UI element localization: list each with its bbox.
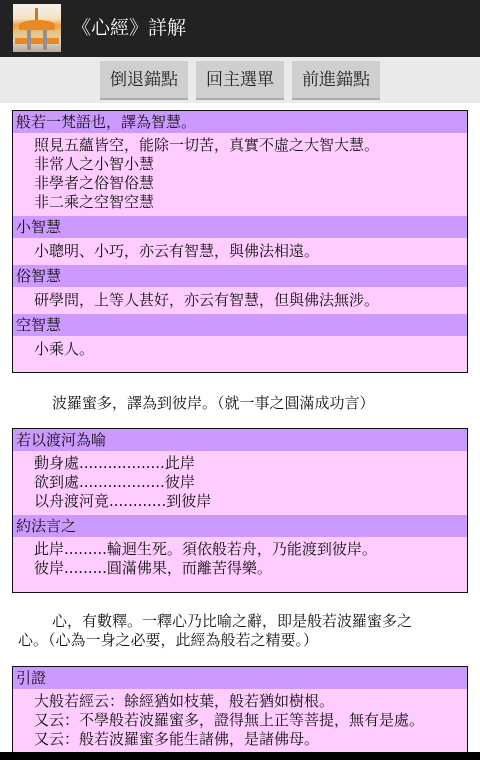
body-line: 又云：般若波羅蜜多能生諸佛，是諸佛母。	[34, 730, 467, 749]
box-body: 小乘人。	[13, 336, 467, 372]
body-line: 欲到處..................彼岸	[34, 473, 467, 492]
main-menu-button[interactable]: 回主選單	[196, 61, 284, 100]
body-line: 大般若經云：餘經猶如枝葉，般若猶如樹根。	[34, 692, 467, 711]
back-anchor-button[interactable]: 倒退錨點	[100, 61, 188, 100]
river-metaphor-box: 若以渡河為喻 動身處..................此岸 欲到處......…	[12, 428, 468, 593]
box-body: 研學問，上等人甚好，亦云有智慧，但與佛法無涉。	[13, 287, 467, 314]
box-header: 小智慧	[13, 216, 467, 238]
body-line: 照見五蘊皆空，能除一切苦，真實不虛之大智大慧。	[34, 136, 467, 155]
anchor-toolbar: 倒退錨點 回主選單 前進錨點	[0, 57, 480, 103]
box-body: 此岸.........輪迴生死。須依般若舟，乃能渡到彼岸。 彼岸........…	[13, 537, 467, 592]
box-body: 大般若經云：餘經猶如枝葉，般若猶如樹根。 又云：不學般若波羅蜜多，證得無上正等菩…	[13, 689, 467, 753]
body-line: 非學者之俗智俗慧	[34, 174, 467, 193]
forward-anchor-button[interactable]: 前進錨點	[292, 61, 380, 100]
box-body: 小聰明、小巧，亦云有智慧，與佛法相遠。	[13, 238, 467, 265]
box-body: 照見五蘊皆空，能除一切苦，真實不虛之大智大慧。 非常人之小智小慧 非學者之俗智俗…	[13, 133, 467, 216]
box-header: 約法言之	[13, 515, 467, 537]
temple-roof-icon[interactable]	[13, 4, 61, 52]
action-bar: 《心經》詳解	[0, 0, 480, 57]
app-title: 《心經》詳解	[72, 14, 186, 42]
system-nav-bar	[0, 752, 480, 760]
body-line: 非二乘之空智空慧	[34, 193, 467, 212]
body-line: 又云：不學般若波羅蜜多，證得無上正等菩提，無有是處。	[34, 711, 467, 730]
box-header: 空智慧	[13, 314, 467, 336]
scroll-content[interactable]: 般若一梵語也，譯為智慧。 照見五蘊皆空，能除一切苦，真實不虛之大智大慧。 非常人…	[0, 103, 480, 760]
box-header: 般若一梵語也，譯為智慧。	[13, 111, 467, 133]
body-line: 非常人之小智小慧	[34, 155, 467, 174]
paragraph: 心。（心為一身之必要，此經為般若之精要。）	[18, 630, 318, 650]
body-line: 彼岸.........圓滿佛果，而離苦得樂。	[34, 559, 467, 578]
citation-box: 引證 大般若經云：餘經猶如枝葉，般若猶如樹根。 又云：不學般若波羅蜜多，證得無上…	[12, 666, 468, 754]
paragraph: 波羅蜜多，譯為到彼岸。（就一事之圓滿成功言）	[52, 393, 375, 413]
body-line: 此岸.........輪迴生死。須依般若舟，乃能渡到彼岸。	[34, 540, 467, 559]
body-line: 以舟渡河竟............到彼岸	[34, 492, 467, 511]
box-header: 俗智慧	[13, 265, 467, 287]
body-line: 動身處..................此岸	[34, 454, 467, 473]
box-header: 引證	[13, 667, 467, 689]
box-header: 若以渡河為喻	[13, 429, 467, 451]
prajna-box: 般若一梵語也，譯為智慧。 照見五蘊皆空，能除一切苦，真實不虛之大智大慧。 非常人…	[12, 110, 468, 373]
box-body: 動身處..................此岸 欲到處.............…	[13, 451, 467, 515]
paragraph: 心，有數釋。一釋心乃比喻之辭，即是般若波羅蜜多之	[52, 611, 412, 631]
